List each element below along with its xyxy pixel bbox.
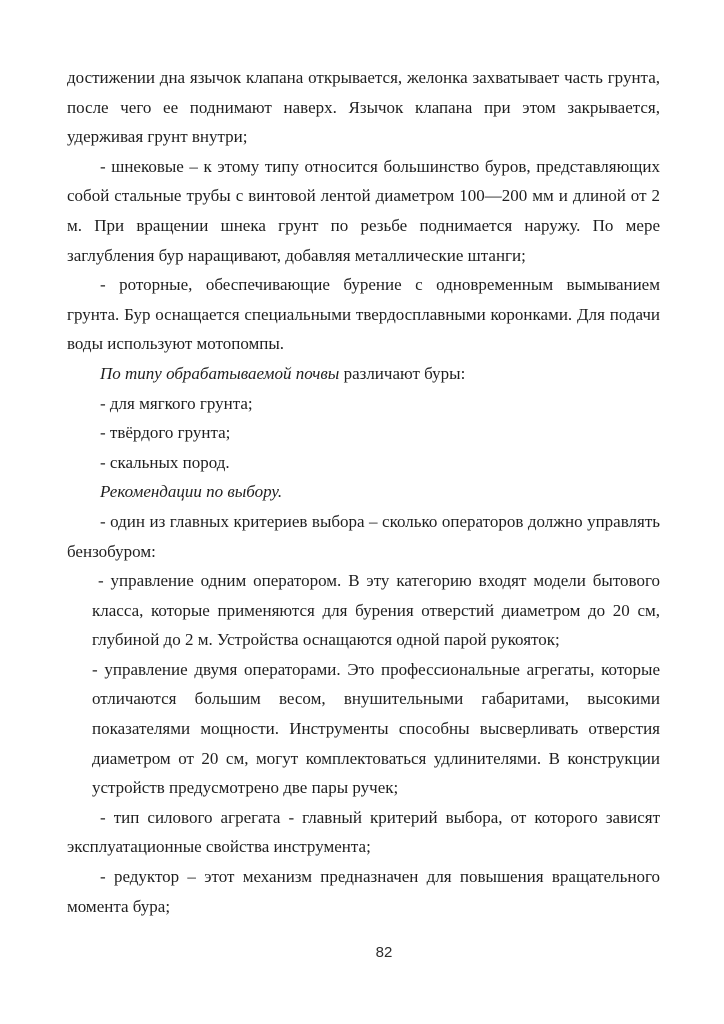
- para-single-operator: - управление одним оператором. В эту кат…: [92, 566, 660, 655]
- list-item-soft-soil: - для мягкого грунта;: [67, 389, 660, 419]
- para-recommendations-heading: Рекомендации по выбору.: [67, 477, 660, 507]
- para-reducer: - редуктор – этот механизм предназначен …: [67, 862, 660, 921]
- para-soil-type-heading-italic: По типу обрабатываемой почвы: [100, 364, 339, 383]
- para-soil-type-heading: По типу обрабатываемой почвы различают б…: [67, 359, 660, 389]
- para-power-unit-type: - тип силового агрегата - главный критер…: [67, 803, 660, 862]
- para-auger-type: - шнековые – к этому типу относится боль…: [67, 152, 660, 270]
- page-number-value: 82: [376, 944, 393, 961]
- list-item-rock: - скальных пород.: [67, 448, 660, 478]
- document-page: достижении дна язычок клапана открываетс…: [0, 0, 724, 1024]
- para-operators-criterion: - один из главных критериев выбора – ско…: [67, 507, 660, 566]
- list-item-hard-soil: - твёрдого грунта;: [67, 418, 660, 448]
- para-rotary-type: - роторные, обеспечивающие бурение с одн…: [67, 270, 660, 359]
- page-number: 82: [0, 944, 724, 961]
- page-body-text: достижении дна язычок клапана открываетс…: [67, 63, 660, 921]
- para-valve-continuation: достижении дна язычок клапана открываетс…: [67, 63, 660, 152]
- para-two-operators: - управление двумя операторами. Это проф…: [92, 655, 660, 803]
- para-soil-type-heading-rest: различают буры:: [339, 364, 465, 383]
